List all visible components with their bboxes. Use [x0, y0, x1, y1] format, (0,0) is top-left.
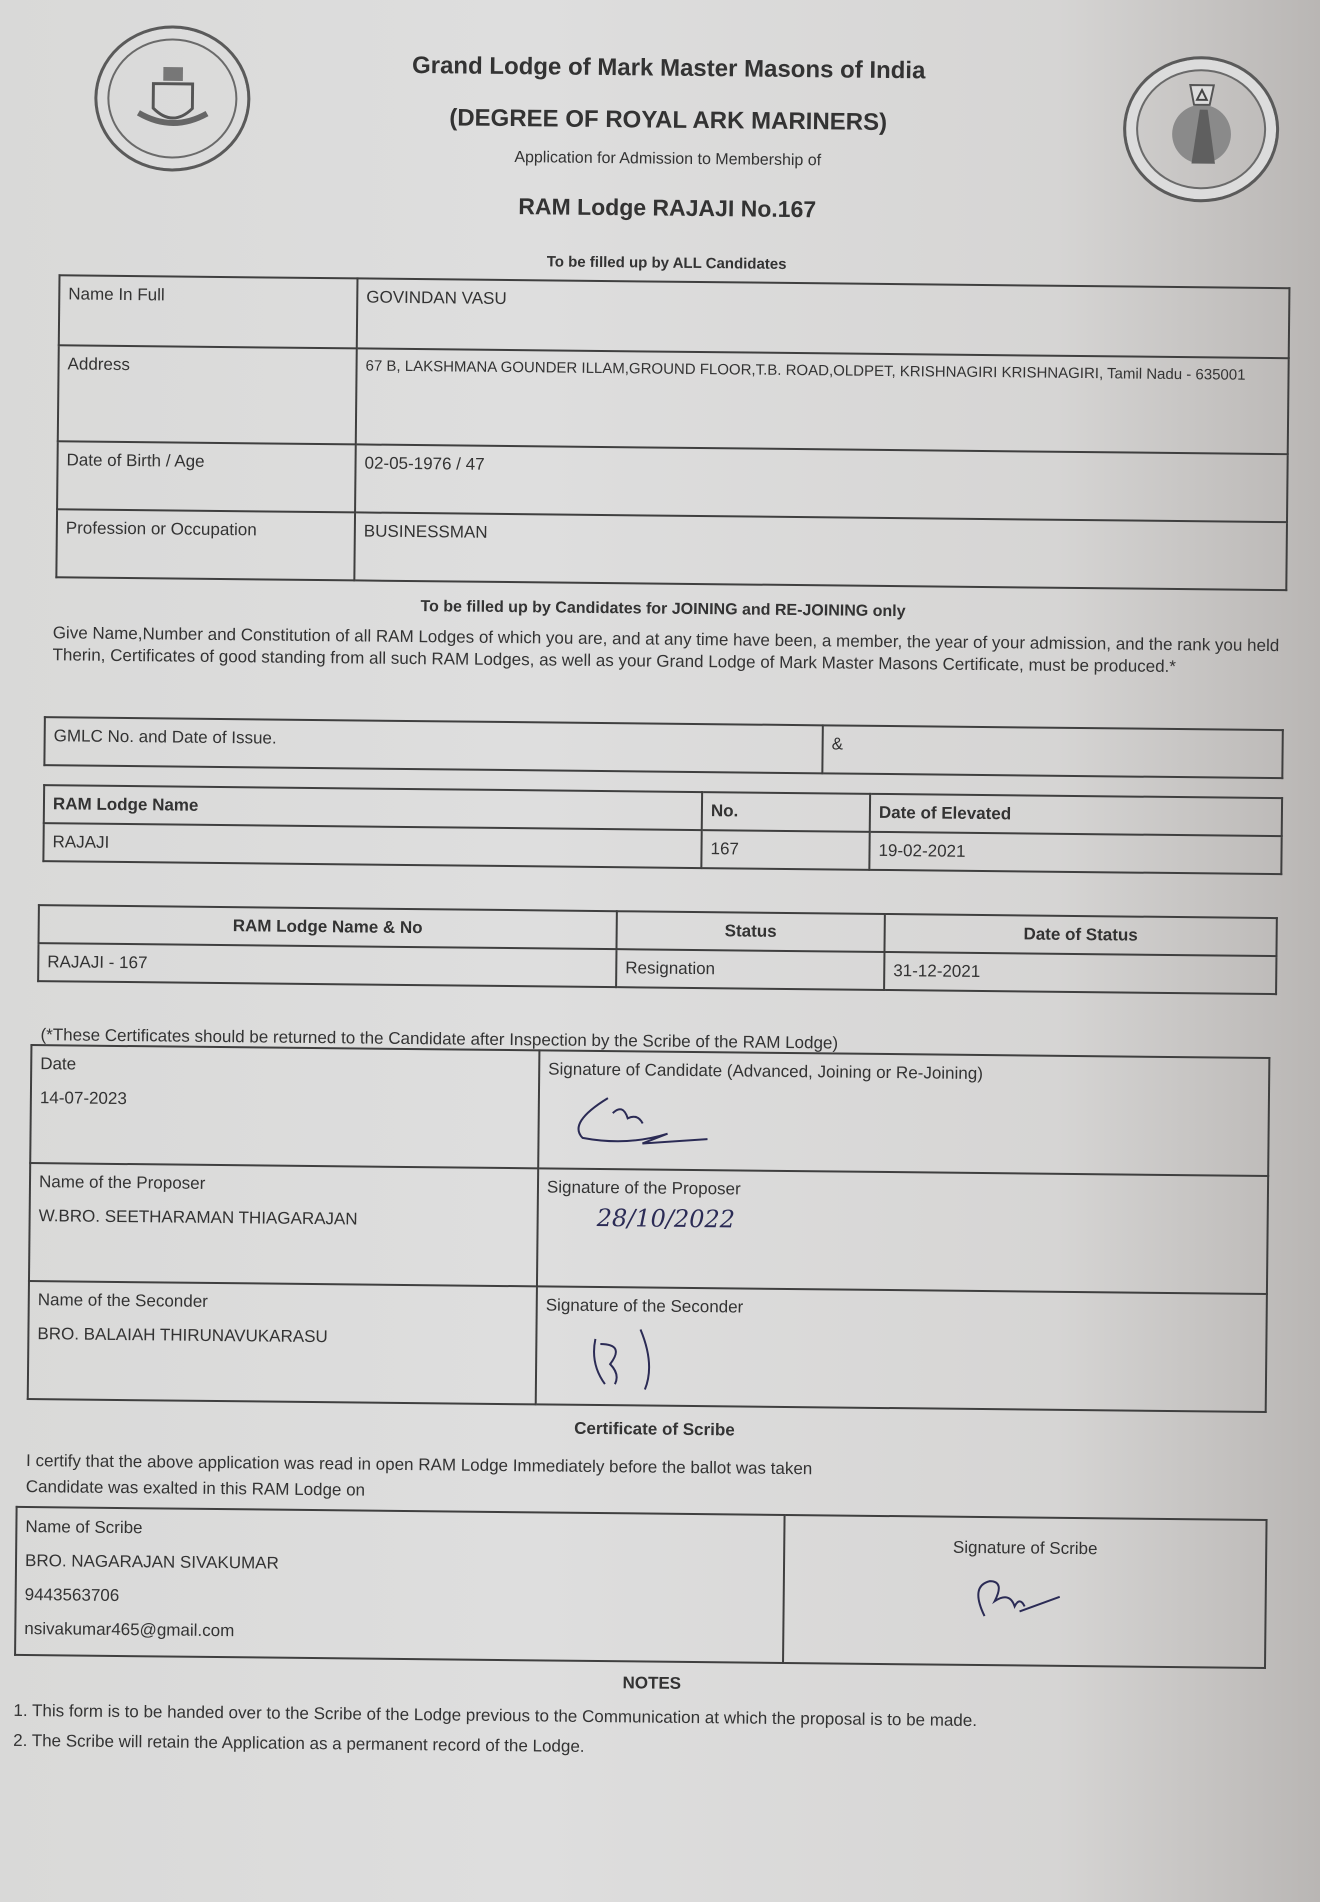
candidate-signature-cell[interactable]: Signature of Candidate (Advanced, Joinin…	[538, 1050, 1269, 1176]
status-cell[interactable]: Resignation	[616, 949, 884, 990]
lodge-title: RAM Lodge RAJAJI No.167	[7, 188, 1320, 229]
notes-title: NOTES	[0, 1666, 1312, 1702]
profession-label: Profession or Occupation	[56, 509, 355, 580]
scribe-table: Name of Scribe BRO. NAGARAJAN SIVAKUMAR …	[14, 1506, 1268, 1669]
column-header: Date of Elevated	[870, 794, 1282, 836]
column-header: No.	[702, 792, 870, 832]
joining-instructions: Give Name,Number and Constitution of all…	[52, 622, 1282, 679]
gmlc-table: GMLC No. and Date of Issue. &	[43, 716, 1283, 779]
lodge-number-cell[interactable]: 167	[701, 830, 869, 870]
application-form-page: Grand Lodge of Mark Master Masons of Ind…	[0, 0, 1320, 1902]
date-label: Date	[40, 1054, 76, 1073]
table-row: Date of Birth / Age 02-05-1976 / 47	[57, 441, 1288, 522]
lodge-name-cell[interactable]: RAJAJI	[43, 823, 701, 868]
table-row: Date 14-07-2023 Signature of Candidate (…	[30, 1045, 1269, 1176]
proposer-field[interactable]: W.BRO. SEETHARAMAN THIAGARAJAN	[39, 1206, 529, 1231]
seconder-field[interactable]: BRO. BALAIAH THIRUNAVUKARASU	[37, 1324, 527, 1349]
seconder-cell: Name of the Seconder BRO. BALAIAH THIRUN…	[28, 1281, 537, 1404]
candidate-signature-label: Signature of Candidate (Advanced, Joinin…	[548, 1059, 983, 1083]
address-label: Address	[58, 345, 357, 444]
scribe-certificate-title: Certificate of Scribe	[0, 1412, 1315, 1448]
status-table: RAM Lodge Name & No Status Date of Statu…	[37, 904, 1278, 995]
table-row: Address 67 B, LAKSHMANA GOUNDER ILLAM,GR…	[58, 345, 1289, 454]
column-header: Date of Status	[884, 914, 1276, 956]
profession-field[interactable]: BUSINESSMAN	[354, 512, 1287, 590]
name-label: Name In Full	[59, 275, 358, 348]
proposer-signature-date: 28/10/2022	[597, 1204, 1259, 1239]
section-all-candidates: To be filled up by ALL Candidates	[7, 248, 1320, 279]
date-cell: Date 14-07-2023	[30, 1045, 539, 1168]
gmlc-field[interactable]: &	[822, 725, 1282, 778]
gmlc-label: GMLC No. and Date of Issue.	[44, 717, 822, 773]
scribe-signature-cell[interactable]: Signature of Scribe	[783, 1515, 1267, 1668]
table-row: GMLC No. and Date of Issue. &	[44, 717, 1282, 778]
table-row: Name In Full GOVINDAN VASU	[59, 275, 1290, 358]
seconder-signature-icon	[545, 1323, 726, 1395]
note-item: 1. This form is to be handed over to the…	[13, 1700, 977, 1732]
column-header: Status	[616, 911, 884, 952]
proposer-signature-cell[interactable]: Signature of the Proposer 28/10/2022	[537, 1168, 1268, 1294]
table-row: Name of the Proposer W.BRO. SEETHARAMAN …	[29, 1163, 1268, 1294]
name-field[interactable]: GOVINDAN VASU	[357, 278, 1290, 358]
lodge-table: RAM Lodge Name No. Date of Elevated RAJA…	[42, 784, 1283, 875]
lodge-name-no-cell[interactable]: RAJAJI - 167	[38, 943, 616, 987]
joining-section-title: To be filled up by Candidates for JOININ…	[3, 592, 1320, 628]
table-row: Profession or Occupation BUSINESSMAN	[56, 509, 1287, 590]
scribe-signature-label: Signature of Scribe	[793, 1536, 1257, 1561]
proposer-cell: Name of the Proposer W.BRO. SEETHARAMAN …	[29, 1163, 538, 1286]
signatures-table: Date 14-07-2023 Signature of Candidate (…	[27, 1044, 1271, 1413]
seconder-signature-label: Signature of the Seconder	[546, 1295, 744, 1316]
address-field[interactable]: 67 B, LAKSHMANA GOUNDER ILLAM,GROUND FLO…	[356, 348, 1289, 454]
proposer-signature-label: Signature of the Proposer	[547, 1177, 741, 1198]
date-of-status-cell[interactable]: 31-12-2021	[884, 952, 1276, 994]
seconder-signature-cell[interactable]: Signature of the Seconder	[536, 1286, 1267, 1412]
table-row: Name of the Seconder BRO. BALAIAH THIRUN…	[28, 1281, 1267, 1412]
candidate-signature-icon	[547, 1087, 728, 1149]
scribe-signature-icon	[964, 1566, 1085, 1627]
scribe-exalted-text: Candidate was exalted in this RAM Lodge …	[26, 1476, 365, 1502]
date-field[interactable]: 14-07-2023	[40, 1088, 530, 1113]
application-line: Application for Admission to Membership …	[8, 144, 1320, 176]
proposer-label: Name of the Proposer	[39, 1172, 206, 1193]
dob-label: Date of Birth / Age	[57, 441, 356, 512]
scribe-email-field[interactable]: nsivakumar465@gmail.com	[24, 1612, 774, 1654]
date-elevated-cell[interactable]: 19-02-2021	[869, 832, 1281, 874]
seconder-label: Name of the Seconder	[38, 1290, 208, 1311]
dob-field[interactable]: 02-05-1976 / 47	[355, 444, 1288, 522]
note-item: 2. The Scribe will retain the Applicatio…	[13, 1730, 585, 1758]
column-header: RAM Lodge Name & No	[39, 905, 617, 949]
scribe-details-cell: Name of Scribe BRO. NAGARAJAN SIVAKUMAR …	[15, 1507, 785, 1663]
table-row: Name of Scribe BRO. NAGARAJAN SIVAKUMAR …	[15, 1507, 1266, 1668]
scribe-certify-text: I certify that the above application was…	[26, 1450, 812, 1480]
candidate-details-table: Name In Full GOVINDAN VASU Address 67 B,…	[55, 274, 1290, 591]
